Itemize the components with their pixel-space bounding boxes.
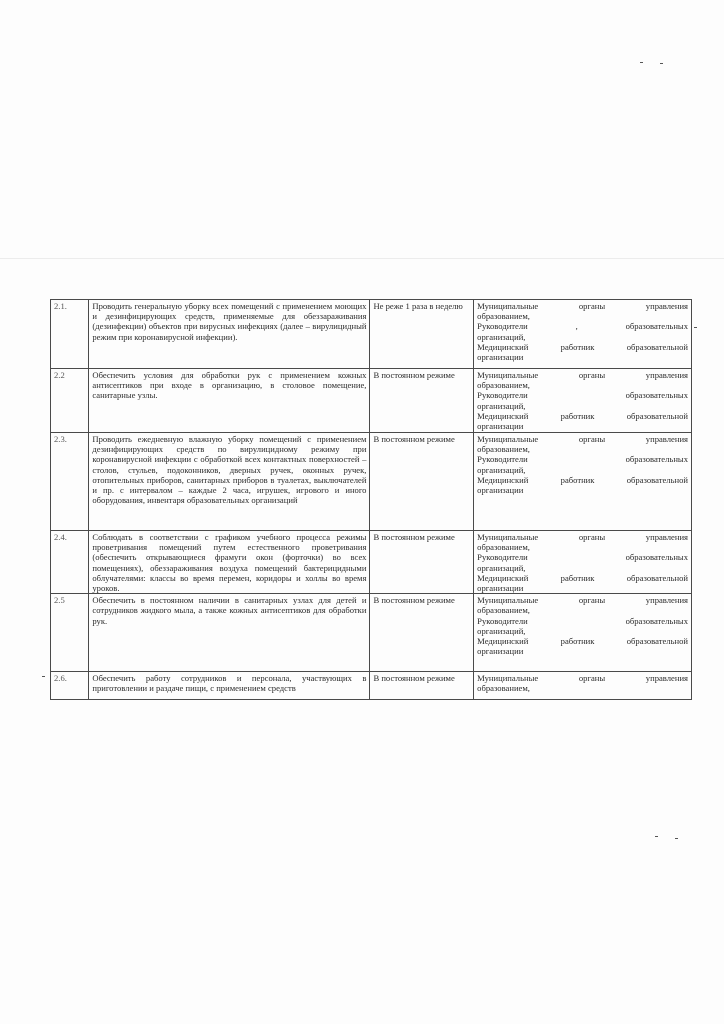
row-number: 2.6. [51,672,89,700]
responsible-line: Медицинский работник образовательной [477,475,688,485]
responsible-line: Медицинский работник образовательной [477,411,688,421]
measures-table-body: 2.1.Проводить генеральную уборку всех по… [51,300,692,700]
measure-term: В постоянном режиме [370,433,474,531]
row-number: 2.1. [51,300,89,369]
responsible-line: Медицинский работник образовательной [477,342,688,352]
row-number: 2.2 [51,369,89,433]
responsible-line: Муниципальные органы управления [477,301,688,311]
responsible-line: организаций, [477,626,688,636]
responsible-parties: Муниципальные органы управленияобразован… [474,672,692,700]
responsible-line: организаций, [477,465,688,475]
responsible-line: Муниципальные органы управления [477,595,688,605]
measure-description: Обеспечить условия для обработки рук с п… [89,369,370,433]
measure-description: Проводить ежедневную влажную уборку поме… [89,433,370,531]
responsible-line: образованием, [477,542,688,552]
responsible-line: организации [477,421,688,431]
measure-term: Не реже 1 раза в неделю [370,300,474,369]
responsible-parties: Муниципальные органы управленияобразован… [474,594,692,672]
responsible-line: образованием, [477,683,688,693]
table-row: 2.6.Обеспечить работу сотрудников и перс… [51,672,692,700]
measure-description: Проводить генеральную уборку всех помеще… [89,300,370,369]
responsible-line: Руководители , образовательных [477,321,688,331]
measure-description: Обеспечить работу сотрудников и персонал… [89,672,370,700]
scan-speck [640,62,643,63]
scan-artifact-line [0,258,724,259]
responsible-line: Руководители образовательных [477,552,688,562]
responsible-line: образованием, [477,380,688,390]
responsible-line: организации [477,583,688,593]
measure-term: В постоянном режиме [370,594,474,672]
scan-speck [675,838,678,839]
row-number: 2.4. [51,531,89,594]
table-row: 2.2Обеспечить условия для обработки рук … [51,369,692,433]
measures-table: 2.1.Проводить генеральную уборку всех по… [50,299,692,700]
responsible-parties: Муниципальные органы управленияобразован… [474,300,692,369]
responsible-line: Муниципальные органы управления [477,532,688,542]
measure-term: В постоянном режиме [370,369,474,433]
row-number: 2.5 [51,594,89,672]
responsible-line: Руководители образовательных [477,454,688,464]
responsible-line: Муниципальные органы управления [477,434,688,444]
responsible-parties: Муниципальные органы управленияобразован… [474,433,692,531]
responsible-line: организаций, [477,401,688,411]
responsible-line: Муниципальные органы управления [477,673,688,683]
responsible-line: образованием, [477,605,688,615]
scan-speck [660,63,663,64]
table-row: 2.4.Соблюдать в соответствии с графиком … [51,531,692,594]
responsible-line: Руководители образовательных [477,390,688,400]
responsible-parties: Муниципальные органы управленияобразован… [474,531,692,594]
measure-term: В постоянном режиме [370,672,474,700]
responsible-line: организации [477,485,688,495]
responsible-line: образованием, [477,444,688,454]
scan-speck [655,836,658,837]
table-row: 2.5Обеспечить в постоянном наличии в сан… [51,594,692,672]
scan-speck [694,327,697,328]
responsible-line: организации [477,646,688,656]
scan-speck [42,676,45,677]
responsible-line: Медицинский работник образовательной [477,573,688,583]
responsible-line: организаций, [477,563,688,573]
measure-description: Соблюдать в соответствии с графиком учеб… [89,531,370,594]
measure-term: В постоянном режиме [370,531,474,594]
row-number: 2.3. [51,433,89,531]
measure-description: Обеспечить в постоянном наличии в санита… [89,594,370,672]
responsible-parties: Муниципальные органы управленияобразован… [474,369,692,433]
table-row: 2.3.Проводить ежедневную влажную уборку … [51,433,692,531]
responsible-line: организации [477,352,688,362]
responsible-line: организаций, [477,332,688,342]
responsible-line: Руководители образовательных [477,616,688,626]
responsible-line: Муниципальные органы управления [477,370,688,380]
responsible-line: Медицинский работник образовательной [477,636,688,646]
responsible-line: образованием, [477,311,688,321]
table-row: 2.1.Проводить генеральную уборку всех по… [51,300,692,369]
